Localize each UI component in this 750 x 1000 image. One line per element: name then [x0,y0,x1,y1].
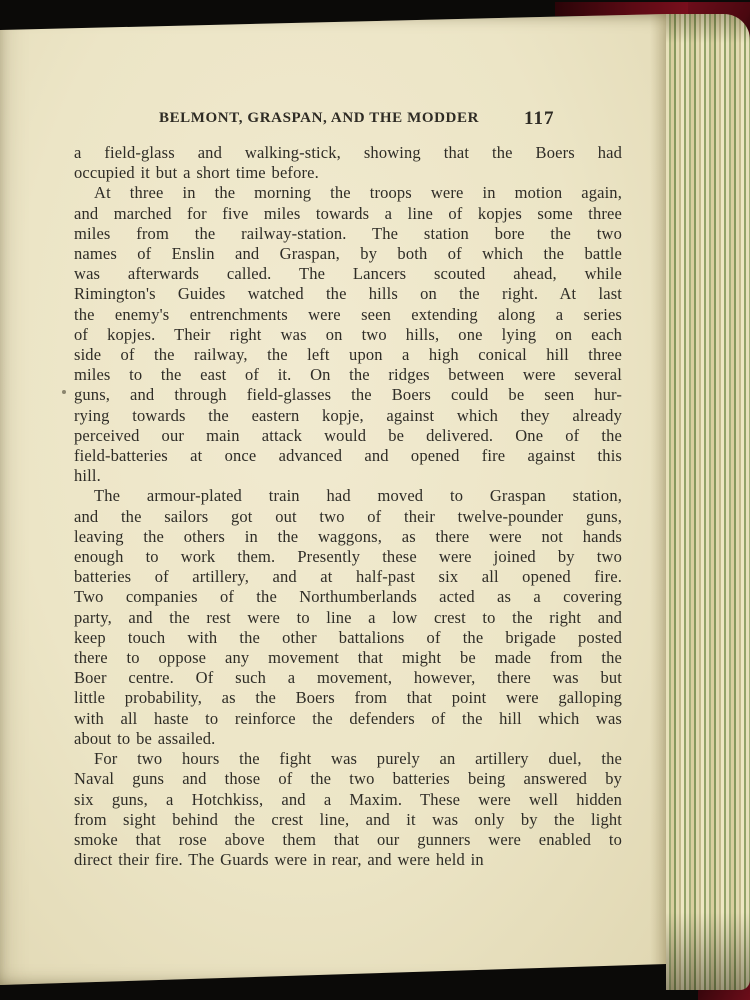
text-line: guns, and through field-glasses the Boer… [74,385,622,405]
text-line: perceived our main attack would be deliv… [74,426,622,446]
text-line: with all haste to reinforce the defender… [74,709,622,729]
text-line: For two hours the fight was purely an ar… [74,749,622,769]
running-title: BELMONT, GRASPAN, AND THE MODDER [74,110,564,127]
paragraph: For two hours the fight was purely an ar… [74,749,622,870]
text-line: of kopjes. Their right was on two hills,… [74,325,622,345]
text-line: keep touch with the other battalions of … [74,628,622,648]
text-line: miles to the east of it. On the ridges b… [74,365,622,385]
text-line: smoke that rose above them that our gunn… [74,830,622,850]
text-line: there to oppose any movement that might … [74,648,622,668]
text-line: field-batteries at once advanced and ope… [74,446,622,466]
margin-speck [62,390,66,394]
text-line: enough to work them. Presently these wer… [74,547,622,567]
text-line: little probability, as the Boers from th… [74,688,622,708]
text-line: miles from the railway-station. The stat… [74,224,622,244]
text-line: rying towards the eastern kopje, against… [74,406,622,426]
text-line: At three in the morning the troops were … [74,183,622,203]
text-line: batteries of artillery, and at half-past… [74,567,622,587]
text-line: a field-glass and walking-stick, showing… [74,143,622,163]
text-line: leaving the others in the waggons, as th… [74,527,622,547]
text-line: party, and the rest were to line a low c… [74,608,622,628]
text-line: about to be assailed. [74,729,622,749]
paragraph: The armour-plated train had moved to Gra… [74,486,622,749]
paragraph: At three in the morning the troops were … [74,183,622,486]
text-line: from sight behind the crest line, and it… [74,810,622,830]
text-line: names of Enslin and Graspan, by both of … [74,244,622,264]
text-line: hill. [74,466,622,486]
text-line: Boer centre. Of such a movement, however… [74,668,622,688]
text-line: occupied it but a short time before. [74,163,622,183]
text-line: Naval guns and those of the two batterie… [74,769,622,789]
text-line: The armour-plated train had moved to Gra… [74,486,622,506]
book-scan: BELMONT, GRASPAN, AND THE MODDER 117 a f… [0,0,750,1000]
text-line: direct their fire. The Guards were in re… [74,850,622,870]
text-line: and marched for five miles towards a lin… [74,204,622,224]
text-line: and the sailors got out two of their twe… [74,507,622,527]
page-number: 117 [524,108,554,130]
book-page: BELMONT, GRASPAN, AND THE MODDER 117 a f… [0,12,666,988]
text-line: was afterwards called. The Lancers scout… [74,264,622,284]
text-line: Two companies of the Northumberlands act… [74,587,622,607]
page-header: BELMONT, GRASPAN, AND THE MODDER 117 [74,110,622,134]
text-block: a field-glass and walking-stick, showing… [74,143,622,870]
text-line: the enemy's entrenchments were seen exte… [74,305,622,325]
text-line: Rimington's Guides watched the hills on … [74,284,622,304]
text-line: six guns, a Hotchkiss, and a Maxim. Thes… [74,790,622,810]
text-line: side of the railway, the left upon a hig… [74,345,622,365]
page-stack-fore-edge [666,14,750,990]
paragraph: a field-glass and walking-stick, showing… [74,143,622,183]
